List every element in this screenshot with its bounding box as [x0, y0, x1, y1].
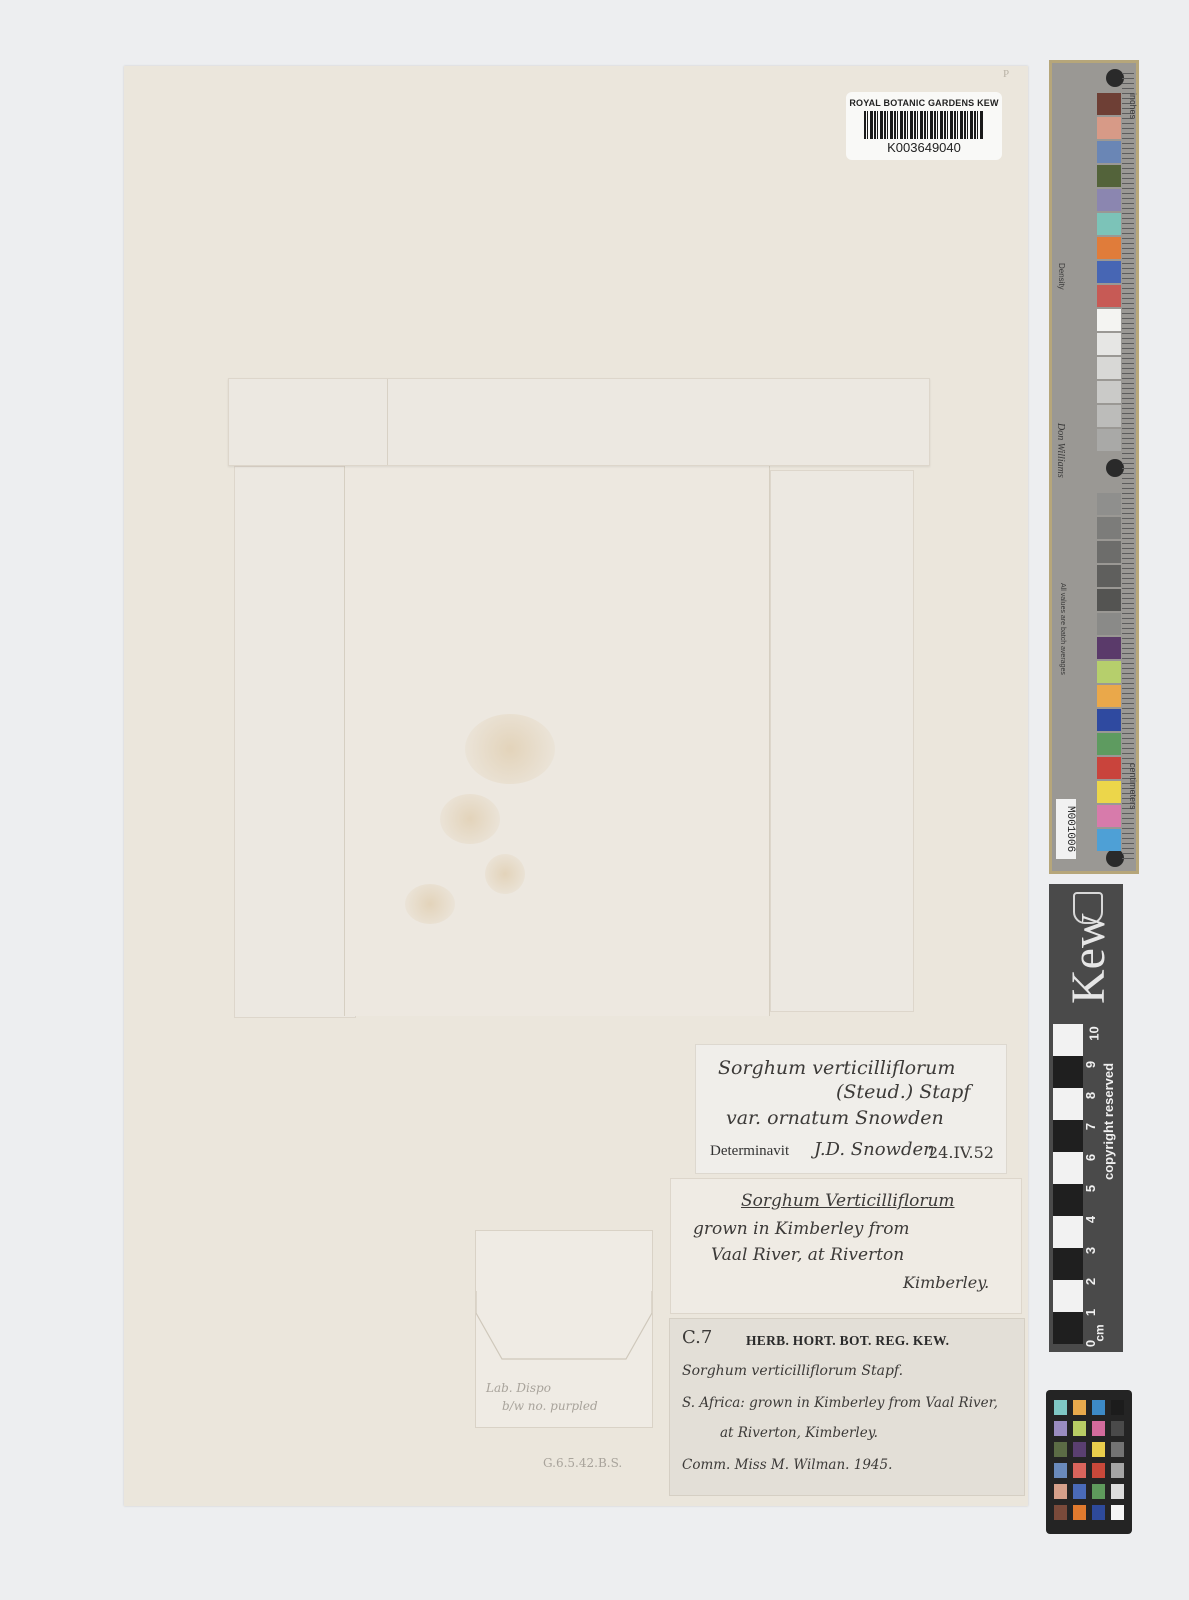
color-swatch [1097, 237, 1121, 259]
color-swatch [1097, 333, 1121, 355]
color-chip [1092, 1484, 1105, 1499]
herb-label-locality-1: S. Africa: grown in Kimberley from Vaal … [682, 1395, 998, 1411]
packet-left-fold [234, 466, 356, 1018]
note-line-2: grown in Kimberley from [693, 1219, 910, 1239]
color-chip [1092, 1442, 1105, 1457]
color-swatch [1097, 589, 1121, 611]
color-chip [1073, 1421, 1086, 1436]
color-checker-card [1046, 1390, 1132, 1534]
color-swatch [1097, 405, 1121, 427]
herb-label-header: HERB. HORT. BOT. REG. KEW. [746, 1333, 949, 1349]
color-swatch [1097, 565, 1121, 587]
packet-top-flap[interactable] [228, 378, 930, 466]
note-line-3: Vaal River, at Riverton [711, 1245, 904, 1265]
determination-label: Sorghum verticilliflorum (Steud.) Stapf … [695, 1044, 1007, 1174]
herbarium-label: C.7 HERB. HORT. BOT. REG. KEW. Sorghum v… [669, 1318, 1025, 1496]
color-swatch [1097, 165, 1121, 187]
det-variety-line: var. ornatum Snowden [726, 1107, 944, 1129]
det-taxon-line: Sorghum verticilliflorum [718, 1057, 955, 1079]
det-printed-prefix: Determinavit [710, 1143, 789, 1160]
color-swatch [1097, 757, 1121, 779]
color-calibration-ruler: inches Density Don Williams All values a… [1049, 60, 1139, 874]
color-swatch [1097, 309, 1121, 331]
color-swatch [1097, 117, 1121, 139]
collector-note-label: Sorghum Verticilliflorum grown in Kimber… [670, 1178, 1022, 1314]
color-chip [1092, 1463, 1105, 1478]
herb-label-number: C.7 [682, 1327, 712, 1348]
det-date: 24.IV.52 [928, 1143, 994, 1162]
scale-number: 2 [1083, 1278, 1098, 1285]
color-swatch [1097, 733, 1121, 755]
specimen-packet[interactable] [344, 464, 770, 1016]
barcode-number: K003649040 [846, 140, 1002, 155]
color-chip [1111, 1463, 1124, 1478]
herb-label-taxon: Sorghum verticilliflorum Stapf. [682, 1363, 903, 1379]
scale-number: 6 [1083, 1154, 1098, 1161]
color-chip [1054, 1463, 1067, 1478]
herb-label-locality-2: at Riverton, Kimberley. [720, 1425, 878, 1441]
color-chip [1111, 1442, 1124, 1457]
color-swatch [1097, 493, 1121, 515]
color-chip [1054, 1442, 1067, 1457]
det-authority-line: (Steud.) Stapf [836, 1081, 970, 1103]
color-chip [1111, 1484, 1124, 1499]
color-chip [1073, 1505, 1086, 1520]
color-chip [1092, 1400, 1105, 1415]
color-chip [1073, 1484, 1086, 1499]
color-swatch [1097, 93, 1121, 115]
color-swatch [1097, 709, 1121, 731]
color-chip [1073, 1463, 1086, 1478]
ruler-centimeters-label: centimeters [1128, 763, 1138, 810]
note-line-1: Sorghum Verticilliflorum [741, 1191, 955, 1211]
packet-right-fold [770, 470, 914, 1012]
stain [465, 714, 555, 784]
envelope-note-line-2: b/w no. purpled [502, 1399, 598, 1413]
scale-number: 4 [1083, 1216, 1098, 1223]
ruler-density-label: Density [1057, 263, 1066, 290]
scale-number: 8 [1083, 1092, 1098, 1099]
color-chip [1073, 1442, 1086, 1457]
ruler-inches-label: inches [1128, 93, 1138, 119]
color-chip [1092, 1505, 1105, 1520]
color-swatch [1097, 685, 1121, 707]
color-swatch [1097, 213, 1121, 235]
barcode-icon [864, 111, 984, 139]
institution-name: ROYAL BOTANIC GARDENS KEW [846, 98, 1002, 108]
scale-number: 9 [1083, 1061, 1098, 1068]
color-swatch [1097, 517, 1121, 539]
scale-number: 5 [1083, 1185, 1098, 1192]
flap-seam [387, 379, 388, 465]
note-line-4: Kimberley. [903, 1273, 989, 1292]
stain [485, 854, 525, 894]
stain [405, 884, 455, 924]
scale-number: 7 [1083, 1123, 1098, 1130]
color-chip [1073, 1400, 1086, 1415]
color-swatch [1097, 141, 1121, 163]
ruler-footer-note: All values are batch averages [1059, 583, 1066, 675]
color-swatch [1097, 261, 1121, 283]
kew-unit-label: cm [1093, 1324, 1107, 1341]
color-chip [1092, 1421, 1105, 1436]
det-determiner: J.D. Snowden [814, 1139, 935, 1160]
herb-label-communicated: Comm. Miss M. Wilman. 1945. [682, 1457, 892, 1473]
color-chip [1111, 1421, 1124, 1436]
color-chip [1054, 1484, 1067, 1499]
color-chip [1054, 1400, 1067, 1415]
stain [440, 794, 500, 844]
color-swatch [1097, 357, 1121, 379]
kew-logo: Kew [1061, 913, 1116, 1004]
color-swatch [1097, 285, 1121, 307]
color-chip [1111, 1400, 1124, 1415]
ruler-ticks [1122, 73, 1134, 861]
kew-scale-ticks [1053, 1024, 1083, 1344]
sheet-annotation: G.6.5.42.B.S. [543, 1456, 622, 1470]
scale-number: 10 [1087, 1026, 1102, 1040]
envelope-flap-icon [476, 1231, 652, 1361]
color-chip [1054, 1421, 1067, 1436]
scale-number: 1 [1083, 1309, 1098, 1316]
ruler-serial: M001006 [1056, 799, 1076, 859]
color-swatch [1097, 781, 1121, 803]
color-swatch [1097, 429, 1121, 451]
color-swatch [1097, 661, 1121, 683]
color-swatch [1097, 805, 1121, 827]
color-swatch [1097, 637, 1121, 659]
envelope-note-line-1: Lab. Dispo [486, 1381, 551, 1395]
color-swatch [1097, 541, 1121, 563]
kew-copyright: copyright reserved [1101, 1063, 1116, 1180]
color-chip [1111, 1505, 1124, 1520]
color-swatch [1097, 613, 1121, 635]
color-chip [1054, 1505, 1067, 1520]
scale-number: 3 [1083, 1247, 1098, 1254]
color-swatch [1097, 381, 1121, 403]
barcode-label: ROYAL BOTANIC GARDENS KEW K003649040 [846, 92, 1002, 160]
kew-scale-bar: Kew 012345678910 copyright reserved cm [1049, 884, 1123, 1352]
color-swatch [1097, 829, 1121, 851]
color-swatch [1097, 189, 1121, 211]
ruler-maker: Don Williams [1055, 423, 1066, 478]
sheet-corner-mark: P [1003, 68, 1009, 80]
fragment-envelope[interactable]: Lab. Dispo b/w no. purpled [475, 1230, 653, 1428]
